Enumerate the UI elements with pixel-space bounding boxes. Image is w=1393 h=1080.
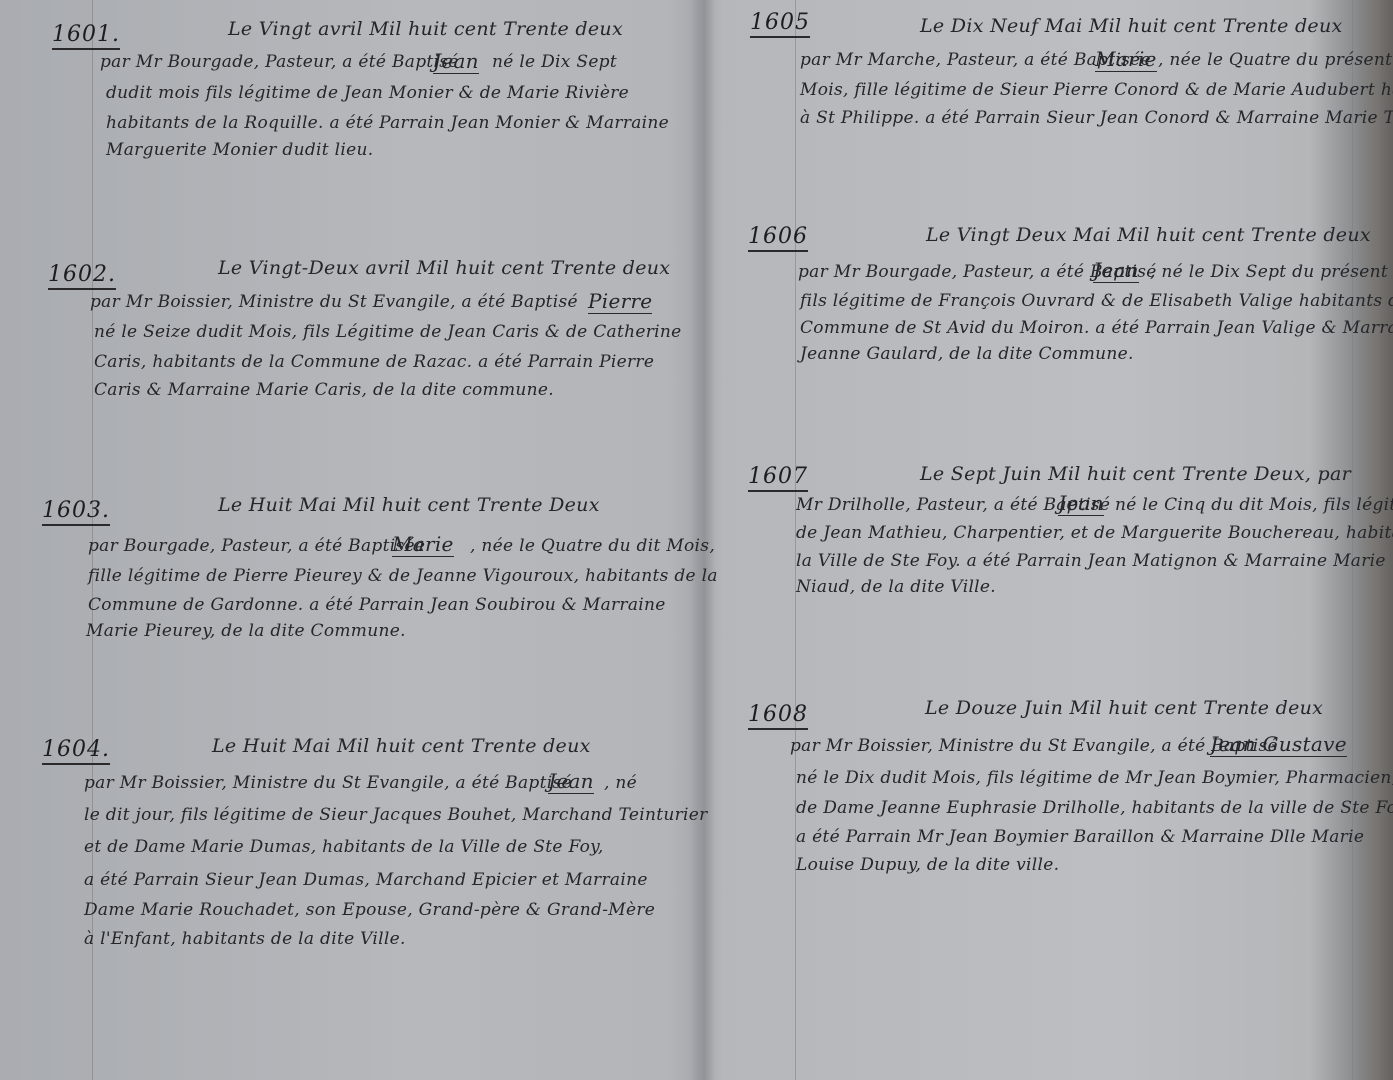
register-spread: 1601. Le Vingt avril Mil huit cent Trent…: [0, 0, 1393, 1080]
entry-line: la Ville de Ste Foy. a été Parrain Jean …: [796, 551, 1386, 571]
entry-number: 1607: [748, 464, 808, 492]
entry-line: , née le Quatre du présent: [1158, 50, 1392, 70]
entry-date-line: Le Sept Juin Mil huit cent Trente Deux, …: [920, 463, 1351, 485]
entry-line: né le Cinq du dit Mois, fils légitime: [1115, 495, 1393, 515]
entry-date-line: Le Vingt Deux Mai Mil huit cent Trente d…: [926, 224, 1371, 246]
entry-line: Niaud, de la dite Ville.: [796, 577, 996, 597]
entry-line: Mois, fille légitime de Sieur Pierre Con…: [800, 80, 1393, 100]
baptized-name: Marie: [1095, 47, 1157, 72]
right-page: 1605 Le Dix Neuf Mai Mil huit cent Trent…: [0, 0, 1393, 1080]
entry-line: de Jean Mathieu, Charpentier, et de Marg…: [796, 523, 1393, 543]
entry-line: par Mr Boissier, Ministre du St Evangile…: [790, 736, 1278, 756]
baptized-name: Jean Gustave: [1210, 732, 1347, 757]
entry-number: 1608: [748, 702, 808, 730]
baptized-name: Jean: [1058, 491, 1104, 516]
entry-line: né le Dix dudit Mois, fils légitime de M…: [796, 768, 1393, 788]
entry-line: fils légitime de François Ouvrard & de E…: [800, 291, 1393, 311]
entry-line: Jeanne Gaulard, de la dite Commune.: [800, 344, 1134, 364]
entry-line: , né le Dix Sept du présent mois: [1150, 262, 1393, 282]
entry-date-line: Le Dix Neuf Mai Mil huit cent Trente deu…: [920, 15, 1343, 37]
entry-line: a été Parrain Mr Jean Boymier Baraillon …: [796, 827, 1364, 847]
entry-line: de Dame Jeanne Euphrasie Drilholle, habi…: [796, 798, 1393, 818]
entry-line: Louise Dupuy, de la dite ville.: [796, 855, 1059, 875]
entry-line: Commune de St Avid du Moiron. a été Parr…: [800, 318, 1393, 338]
entry-line: à St Philippe. a été Parrain Sieur Jean …: [800, 108, 1393, 128]
entry-number: 1606: [748, 224, 808, 252]
entry-number: 1605: [750, 10, 810, 38]
entry-date-line: Le Douze Juin Mil huit cent Trente deux: [925, 697, 1323, 719]
baptized-name: Jean: [1093, 258, 1139, 283]
